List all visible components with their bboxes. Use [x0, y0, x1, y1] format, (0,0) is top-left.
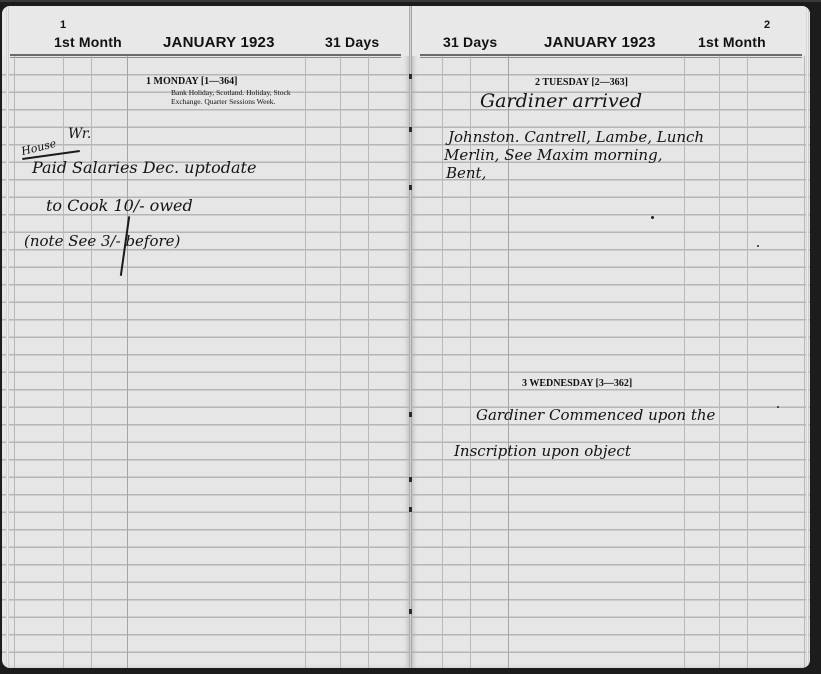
- margin-line: [804, 56, 805, 668]
- column-line: [368, 56, 369, 668]
- column-line: [91, 56, 92, 668]
- diary-spread: 1 1st Month JANUARY 1923 31 Days 1 MONDA…: [0, 2, 821, 674]
- page-number: 1: [60, 19, 66, 31]
- days-count-label: 31 Days: [443, 34, 497, 50]
- handwriting-line: Bent,: [446, 164, 486, 182]
- day-heading-monday: 1 MONDAY [1—364]: [146, 76, 237, 87]
- handwriting-line: Gardiner Commenced upon the: [476, 406, 715, 424]
- handwriting-line: Gardiner arrived: [480, 90, 642, 112]
- ink-dot: [651, 216, 654, 219]
- ink-dot: [777, 406, 779, 408]
- day-note-holiday: Bank Holiday, Scotland. Holiday, Stock E…: [171, 89, 301, 106]
- right-page: 31 Days JANUARY 1923 1st Month 2 2 TUESD…: [412, 6, 810, 668]
- page-edge: [6, 6, 9, 668]
- handwriting-line: to Cook 10/- owed: [46, 196, 193, 215]
- column-line: [747, 56, 748, 668]
- days-count-label: 31 Days: [325, 34, 379, 50]
- column-line: [442, 56, 443, 668]
- column-line: [684, 56, 685, 668]
- page-title: JANUARY 1923: [163, 34, 275, 51]
- column-line: [63, 56, 64, 668]
- page-title: JANUARY 1923: [544, 34, 656, 51]
- handwriting-line: Merlin, See Maxim morning,: [444, 146, 662, 164]
- handwriting-line: Wr.: [68, 126, 91, 142]
- month-ordinal-label: 1st Month: [698, 34, 766, 50]
- month-ordinal-label: 1st Month: [54, 34, 122, 50]
- left-page: 1 1st Month JANUARY 1923 31 Days 1 MONDA…: [2, 6, 409, 668]
- page-number: 2: [764, 19, 770, 31]
- right-page-header: 31 Days JANUARY 1923 1st Month 2: [412, 6, 810, 56]
- ink-dot: [757, 245, 759, 247]
- header-divider: [10, 54, 401, 56]
- left-page-header: 1 1st Month JANUARY 1923 31 Days: [2, 6, 409, 56]
- page-edge: [806, 6, 809, 668]
- column-line: [127, 56, 128, 668]
- column-line: [305, 56, 306, 668]
- day-heading-wednesday: 3 WEDNESDAY [3—362]: [522, 378, 632, 389]
- handwriting-line: (note See 3/- before): [24, 232, 180, 250]
- margin-line: [14, 56, 15, 668]
- column-line: [719, 56, 720, 668]
- handwriting-line: Paid Salaries Dec. uptodate: [32, 158, 256, 177]
- column-line: [340, 56, 341, 668]
- day-heading-tuesday: 2 TUESDAY [2—363]: [535, 77, 628, 88]
- handwriting-line: Johnston. Cantrell, Lambe, Lunch: [448, 128, 704, 146]
- handwriting-line: Inscription upon object: [454, 442, 631, 460]
- header-divider: [420, 54, 802, 56]
